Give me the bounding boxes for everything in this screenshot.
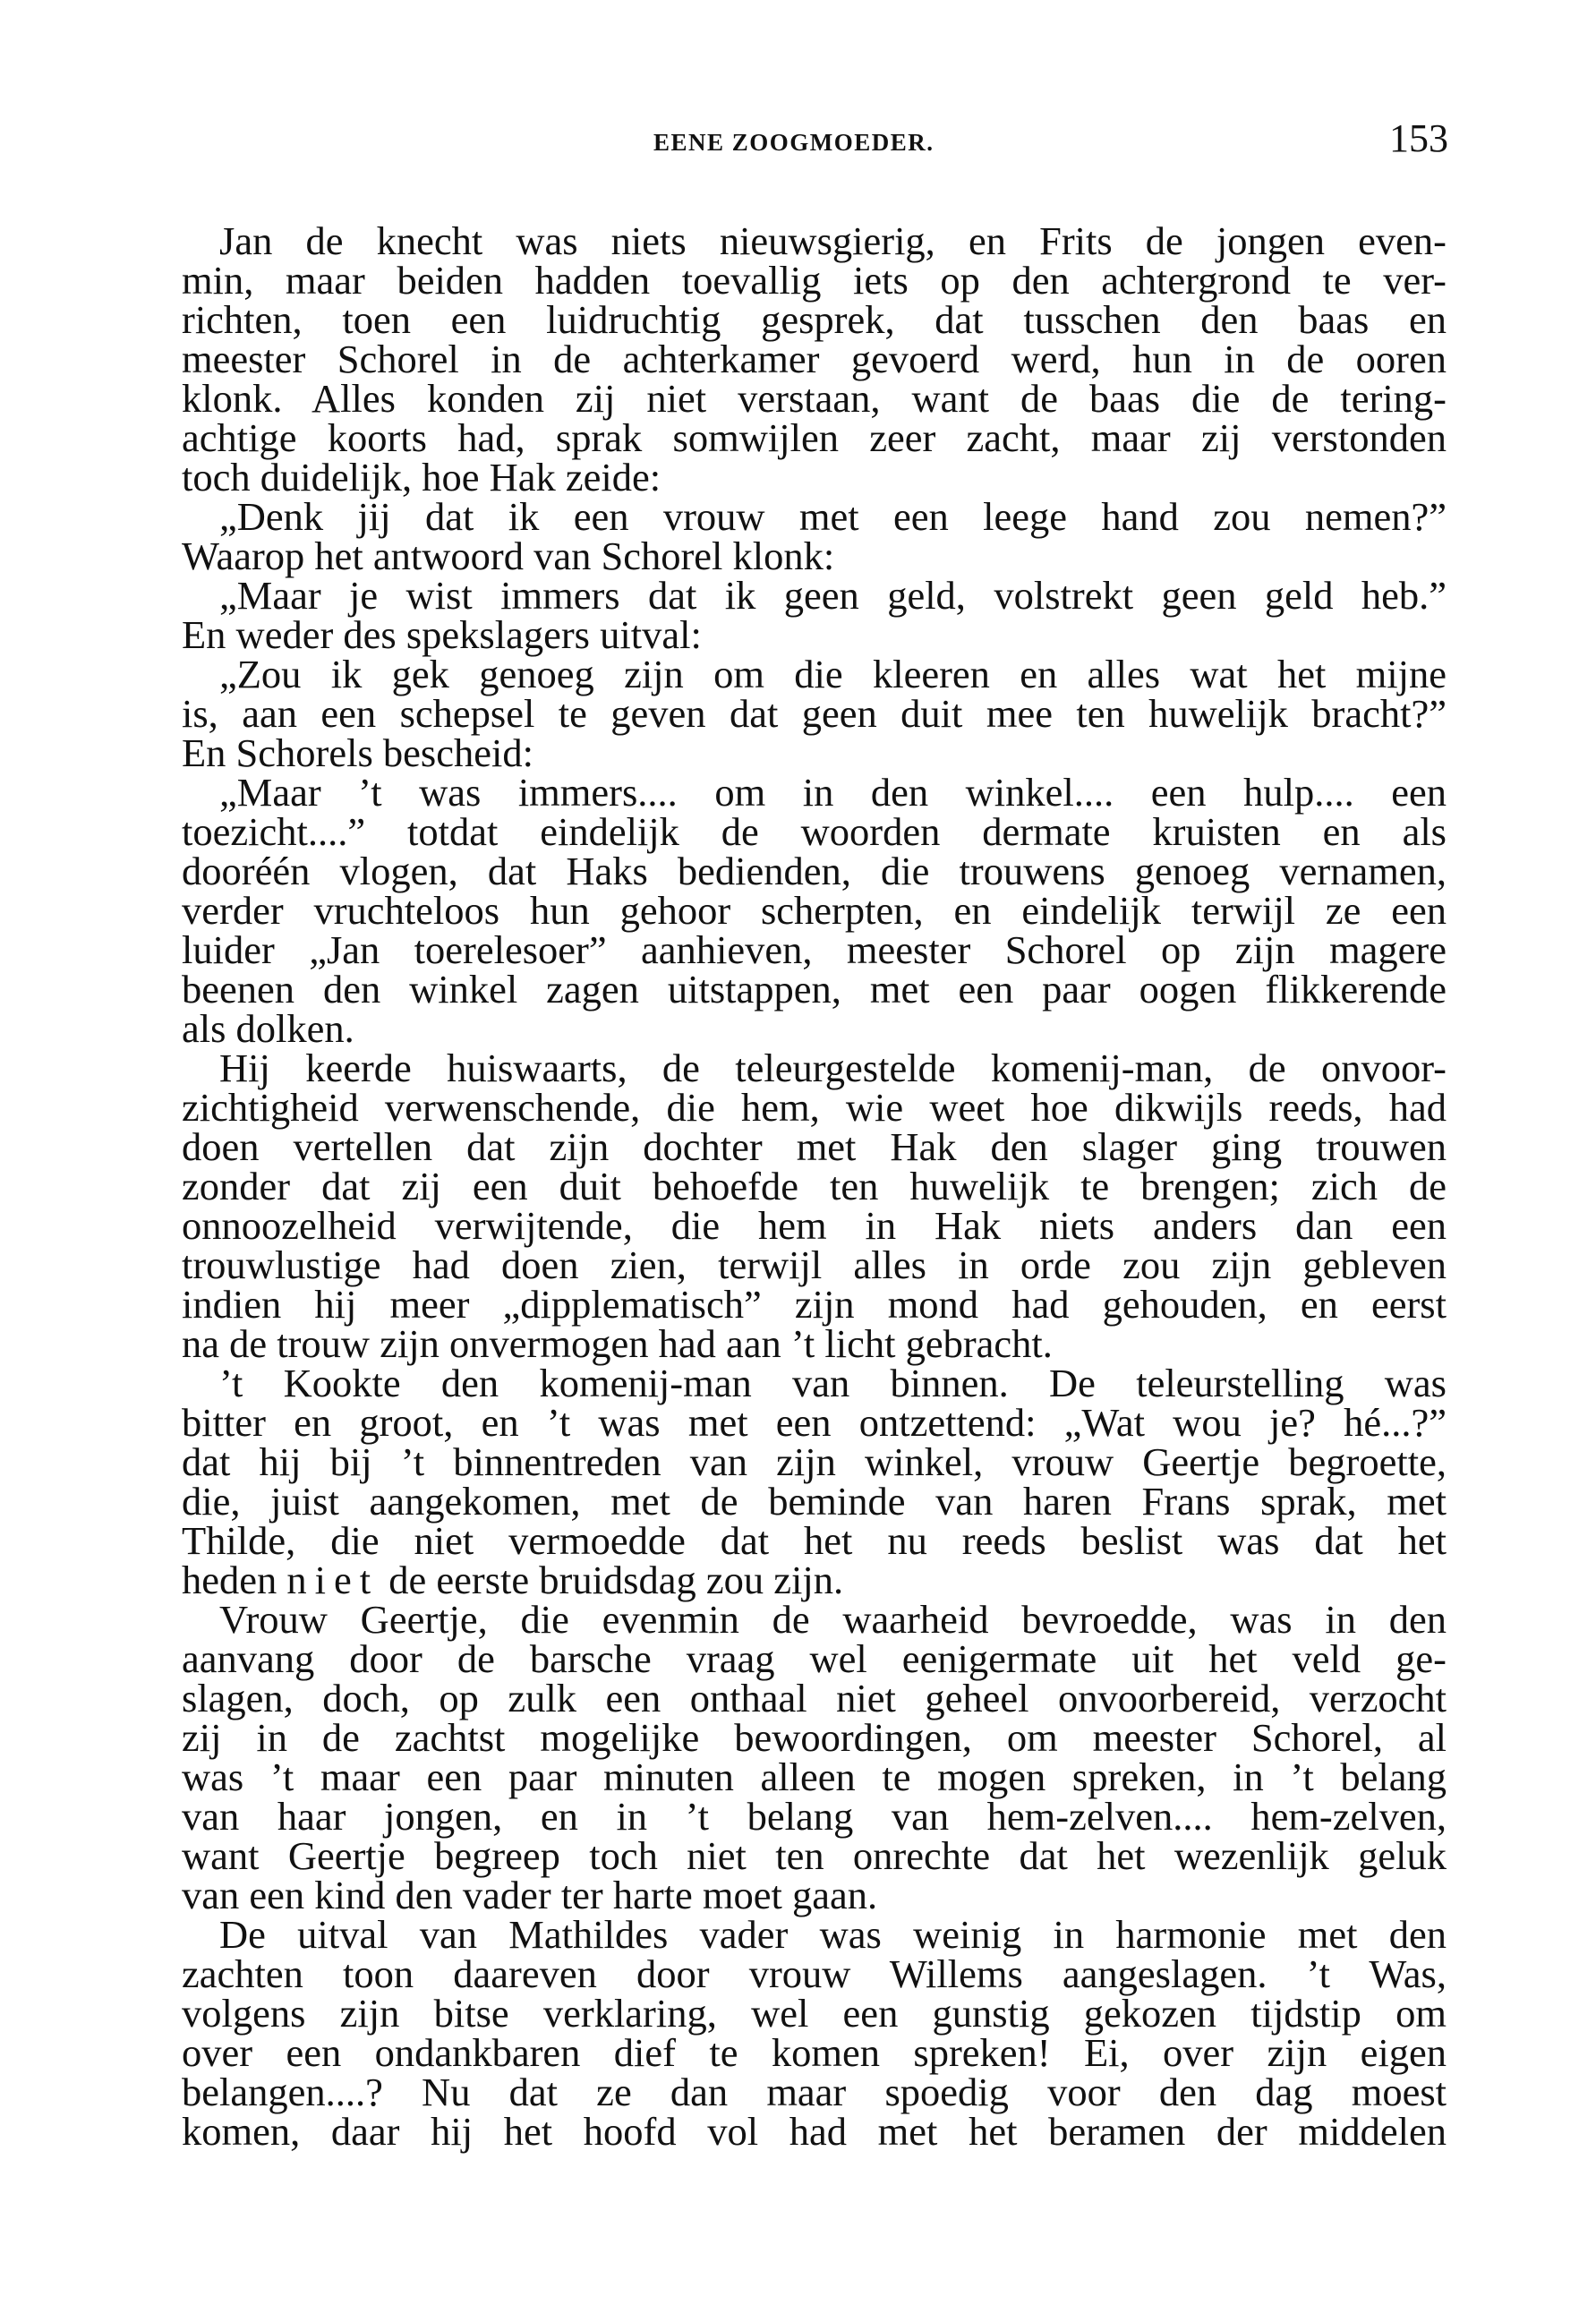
text-line: Waarop het antwoord van Schorel klonk: [182, 536, 1447, 576]
text-line: dat hij bij ’t binnentreden van zijn win… [182, 1442, 1447, 1481]
text-line: heden niet de eerste bruidsdag zou zijn. [182, 1560, 1447, 1600]
text-line: meester Schorel in de achterkamer gevoer… [182, 339, 1447, 379]
text-line: belangen....? Nu dat ze dan maar spoedig… [182, 2072, 1447, 2112]
text-line: volgens zijn bitse verklaring, wel een g… [182, 1993, 1447, 2033]
text-line: over een ondankbaren dief te komen sprek… [182, 2033, 1447, 2072]
paragraph: En weder des spekslagers uitval: [182, 615, 1447, 654]
text-line: ’t Kookte den komenij-man van binnen. De… [182, 1363, 1447, 1403]
text-line: die, juist aangekomen, met de beminde va… [182, 1481, 1447, 1521]
text-fragment: heden [182, 1558, 286, 1602]
page-number: 153 [1386, 119, 1448, 158]
text-line: „Maar ’t was immers.... om in den winkel… [182, 773, 1447, 812]
text-line: richten, toen een luidruchtig gesprek, d… [182, 300, 1447, 339]
text-line: „Maar je wist immers dat ik geen geld, v… [182, 576, 1447, 615]
text-line: aanvang door de barsche vraag wel eenige… [182, 1639, 1447, 1678]
paragraph: ’t Kookte den komenij-man van binnen. De… [182, 1363, 1447, 1600]
text-line: doen vertellen dat zijn dochter met Hak … [182, 1127, 1447, 1166]
dialogue-line: „Denk jij dat ik een vrouw met een leege… [182, 497, 1447, 536]
text-line: na de trouw zijn onvermogen had aan ’t l… [182, 1324, 1447, 1363]
text-line: komen, daar hij het hoofd vol had met he… [182, 2112, 1447, 2151]
text-line: En Schorels bescheid: [182, 733, 1447, 773]
dialogue-line: „Zou ik gek genoeg zijn om die kleeren e… [182, 654, 1447, 733]
text-line: indien hij meer „dipplematisch” zijn mon… [182, 1285, 1447, 1324]
text-line: En weder des spekslagers uitval: [182, 615, 1447, 654]
text-line: Jan de knecht was niets nieuwsgierig, en… [182, 221, 1447, 260]
paragraph: Jan de knecht was niets nieuwsgierig, en… [182, 221, 1447, 497]
paragraph: Vrouw Geertje, die evenmin de waarheid b… [182, 1600, 1447, 1915]
text-line: is, aan een schepsel te geven dat geen d… [182, 694, 1447, 733]
paragraph: „Maar ’t was immers.... om in den winkel… [182, 773, 1447, 1048]
text-line: van een kind den vader ter harte moet ga… [182, 1875, 1447, 1915]
text-line: Vrouw Geertje, die evenmin de waarheid b… [182, 1600, 1447, 1639]
text-line: min, maar beiden hadden toevallig iets o… [182, 260, 1447, 300]
dialogue-line: „Maar je wist immers dat ik geen geld, v… [182, 576, 1447, 615]
text-line: was ’t maar een paar minuten alleen te m… [182, 1757, 1447, 1797]
text-line: bitter en groot, en ’t was met een ontze… [182, 1403, 1447, 1442]
text-line: als dolken. [182, 1009, 1447, 1048]
book-page: EENE ZOOGMOEDER. 153 Jan de knecht was n… [0, 0, 1596, 2305]
running-title: EENE ZOOGMOEDER. [653, 127, 935, 158]
body-text: Jan de knecht was niets nieuwsgierig, en… [182, 221, 1447, 2151]
text-line: dooréén vlogen, dat Haks bedienden, die … [182, 851, 1447, 891]
text-line: toezicht....” totdat eindelijk de woorde… [182, 812, 1447, 851]
paragraph: Hij keerde huiswaarts, de teleurgestelde… [182, 1048, 1447, 1363]
text-line: Hij keerde huiswaarts, de teleurgestelde… [182, 1048, 1447, 1088]
text-line: beenen den winkel zagen uitstappen, met … [182, 969, 1447, 1009]
text-line: slagen, doch, op zulk een onthaal niet g… [182, 1678, 1447, 1718]
text-line: zij in de zachtst mogelijke bewoordingen… [182, 1718, 1447, 1757]
text-line: zachten toon daareven door vrouw Willems… [182, 1954, 1447, 1993]
text-line: verder vruchteloos hun gehoor scherpten,… [182, 891, 1447, 930]
text-fragment: de eerste bruidsdag zou zijn. [379, 1558, 843, 1602]
text-line: zonder dat zij een duit behoefde ten huw… [182, 1166, 1447, 1206]
text-line: luider „Jan toerelesoer” aanhieven, mees… [182, 930, 1447, 969]
paragraph: Waarop het antwoord van Schorel klonk: [182, 536, 1447, 576]
text-line: zichtigheid verwenschende, die hem, wie … [182, 1088, 1447, 1127]
text-line: onnoozelheid verwijtende, die hem in Hak… [182, 1206, 1447, 1245]
text-line: achtige koorts had, sprak somwijlen zeer… [182, 418, 1447, 457]
text-line: klonk. Alles konden zij niet verstaan, w… [182, 379, 1447, 418]
text-line: want Geertje begreep toch niet ten onrec… [182, 1836, 1447, 1875]
text-line: trouwlustige had doen zien, terwijl alle… [182, 1245, 1447, 1285]
text-line: De uitval van Mathildes vader was weinig… [182, 1915, 1447, 1954]
text-line: van haar jongen, en in ’t belang van hem… [182, 1797, 1447, 1836]
paragraph: En Schorels bescheid: [182, 733, 1447, 773]
text-line: „Zou ik gek genoeg zijn om die kleeren e… [182, 654, 1447, 694]
text-line: „Denk jij dat ik een vrouw met een leege… [182, 497, 1447, 536]
paragraph: De uitval van Mathildes vader was weinig… [182, 1915, 1447, 2151]
text-line: Thilde, die niet vermoedde dat het nu re… [182, 1521, 1447, 1560]
text-line: toch duidelijk, hoe Hak zeide: [182, 457, 1447, 497]
emphasized-word: niet [286, 1558, 379, 1602]
